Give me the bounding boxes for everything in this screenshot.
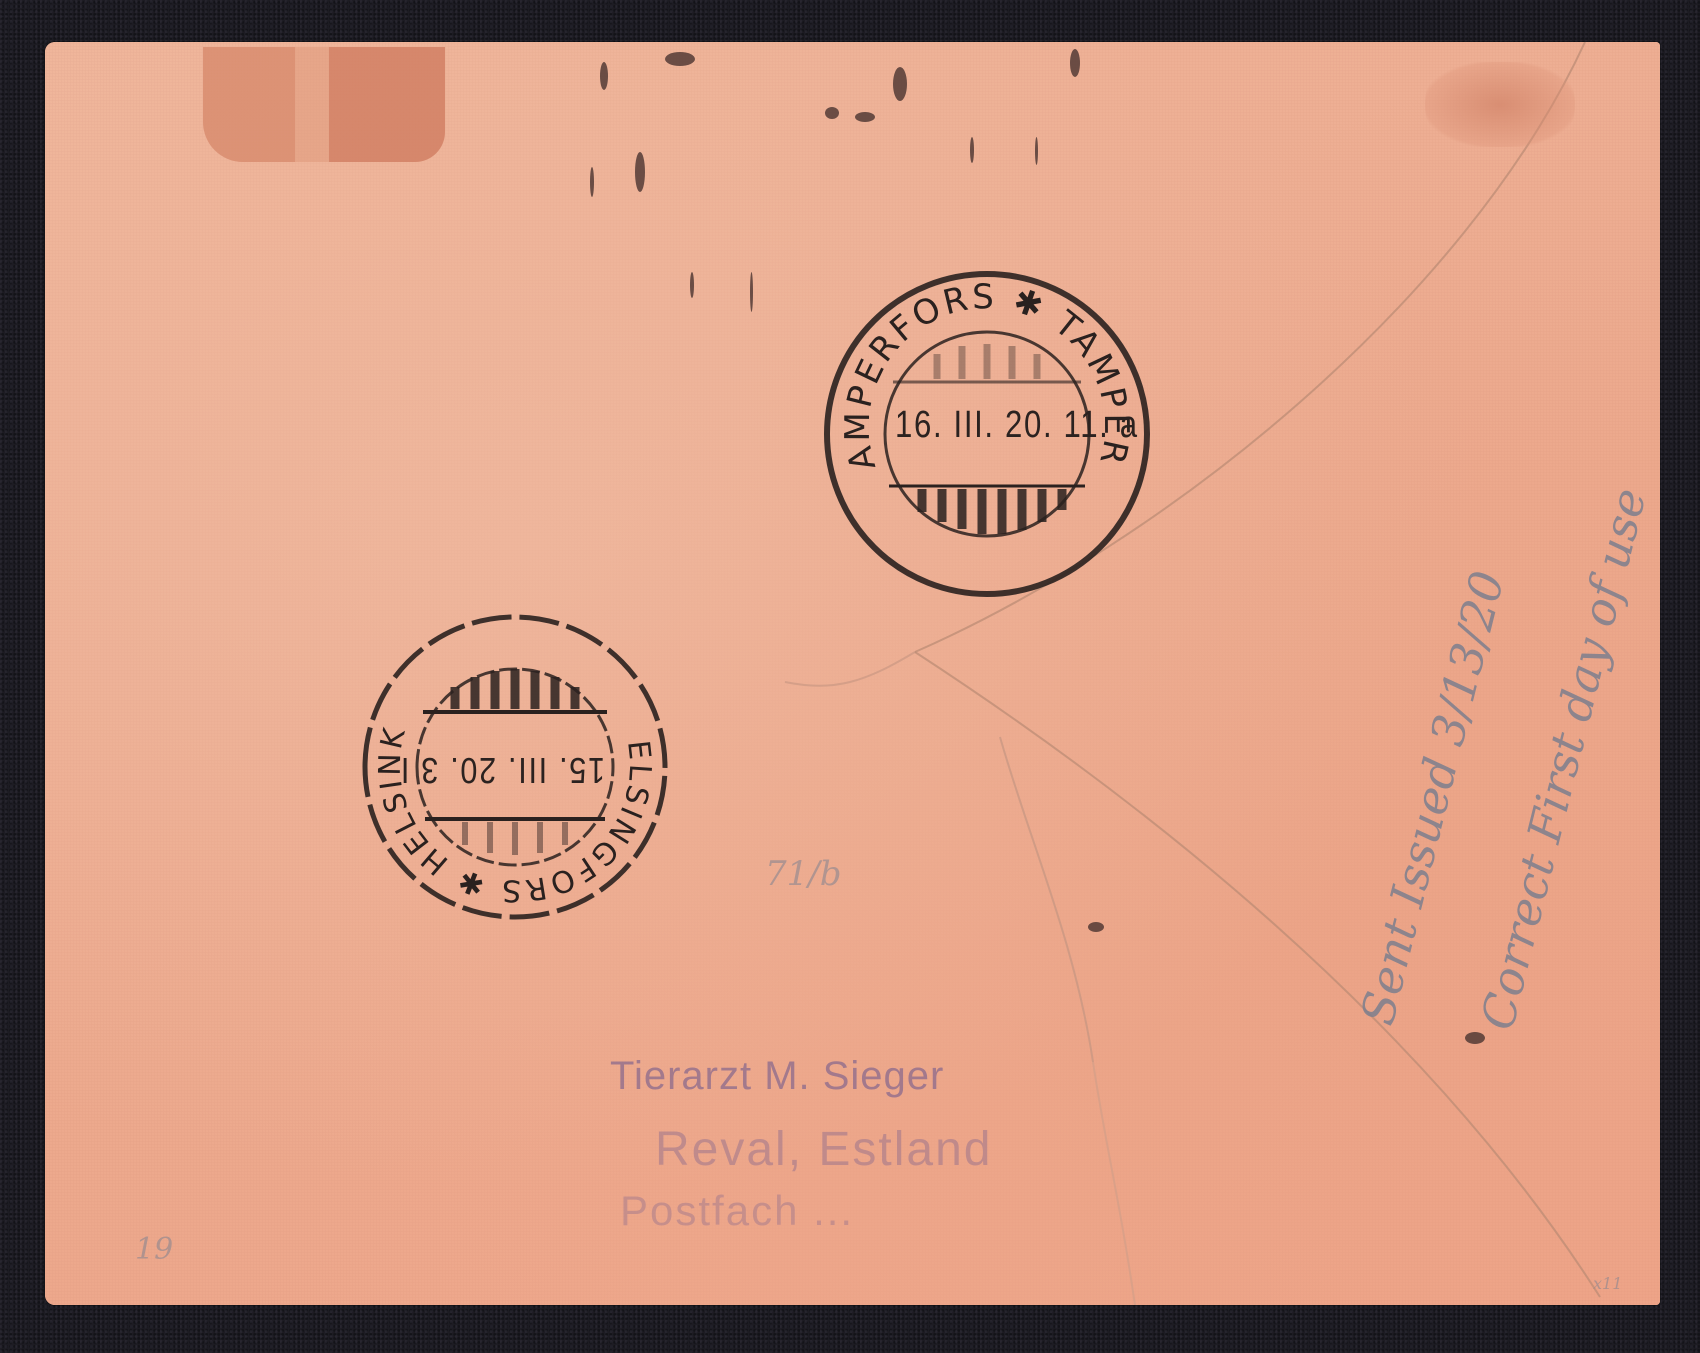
sender-stamp-line3: Postfach ... (620, 1187, 854, 1235)
postmark-tampere: TAMPERFORS ✱ TAMPERE 16. (807, 254, 1167, 614)
glue-stain (1425, 62, 1575, 147)
postmark-helsinki-date: 15. III. 20. 3 I (399, 749, 605, 791)
pencil-mark-center: 71/b (765, 854, 841, 894)
postmark-helsinki: HELSINGFORS ✱ HELSINKI 15. III. 20. 3 I (345, 597, 685, 937)
postmark-tampere-date: 16. III. 20. 11. a (895, 404, 1139, 447)
sender-stamp-line1: Tierarzt M. Sieger (610, 1054, 944, 1099)
stamp-residue-stain (203, 47, 445, 162)
pencil-mark-bottom-right: x11 (1593, 1274, 1622, 1293)
pencil-mark-bottom-left: 19 (135, 1232, 173, 1267)
sender-stamp-line2: Reval, Estland (655, 1122, 993, 1177)
envelope-back: TAMPERFORS ✱ TAMPERE 16. (45, 42, 1660, 1305)
